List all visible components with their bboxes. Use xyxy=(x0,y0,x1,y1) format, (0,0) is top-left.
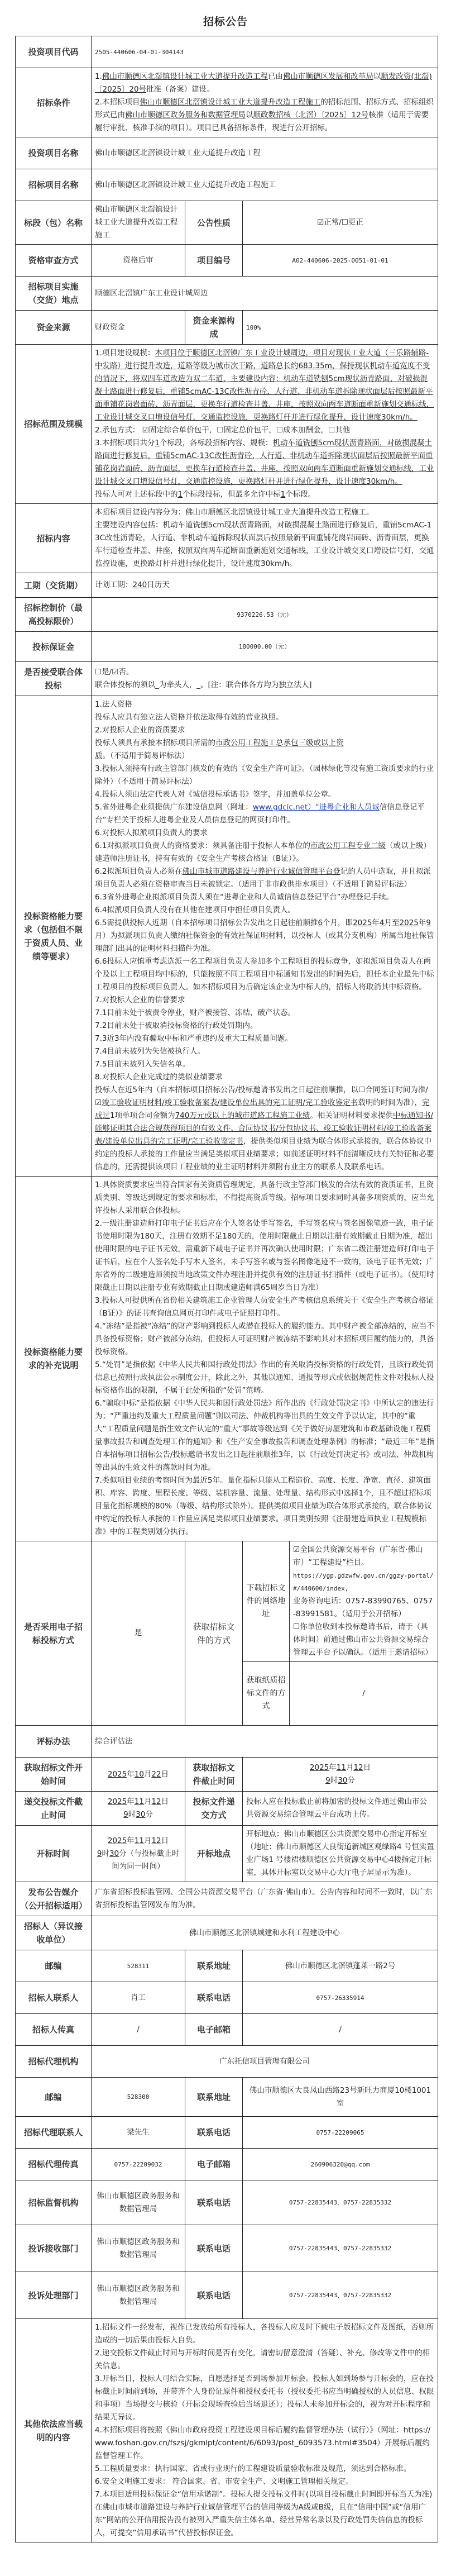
label: 项目编号 xyxy=(185,245,243,277)
label: 发布公告媒介（公开招标适用） xyxy=(16,1882,92,1916)
requirements-value: 1.法人资格 投标人应具有独立法人资格并依法取得有效的营业执照。 2.对投标人企… xyxy=(92,696,438,1177)
row-agency-contact: 招标代理传真 0757-22209032 电子邮箱 260906320@qq.c… xyxy=(16,2149,438,2180)
download-url-link[interactable]: https://ygp.gdzwfw.gov.cn/ggzy-portal/#/… xyxy=(293,1572,434,1592)
obtain-end-value: 2025年11月12日9时30分 xyxy=(243,1758,438,1792)
label: 招标控制价（最高投标限价） xyxy=(16,598,92,632)
label: 联系地址 xyxy=(185,1950,243,1982)
opening-time-value: 2025年11月12日9时30分（与投标截止时间为同一时间） xyxy=(92,1826,185,1882)
label: 招标人联系人 xyxy=(16,1982,92,2014)
row-control-price: 招标控制价（最高投标限价） 9370226.53（元） xyxy=(16,598,438,632)
label: 其他依法应当载明的内容 xyxy=(16,2319,92,2542)
label: 联系电话 xyxy=(185,1982,243,2014)
row-agency-contact: 招标代理联系人 梁先生 联系电话 0757-22209065 xyxy=(16,2117,438,2149)
opening-place-value: 开标地点：佛山市顺德区公共资源交易中心指定开标室（地址：佛山市顺德区大良街道新城… xyxy=(243,1826,438,1882)
value: 260906320@qq.com xyxy=(243,2149,438,2180)
evaluation-value: 综合评估法 xyxy=(92,1726,438,1758)
agency-value: 广东托信项目管理有限公司 xyxy=(92,2046,438,2078)
label: 公告性质 xyxy=(185,201,243,245)
other-value: 1.招标文件一经发布，视作已发放给所有投标人，各投标人应及时下载电子版招标文件及… xyxy=(92,2319,438,2542)
value: 肖工 xyxy=(92,1982,185,2014)
value: 佛山市顺德区政务服务和数据管理局 xyxy=(92,2225,185,2272)
page-title: 招标公告 xyxy=(0,12,451,31)
submit-deadline-value: 2025年11月12日9时30分 xyxy=(92,1792,185,1826)
qualification-value: 资格后审 xyxy=(92,245,185,277)
label: 投资项目代码 xyxy=(16,36,92,68)
row-obtain-time: 获取招标文件开始时间 2025年10月22日 获取招标文件截止时间 2025年1… xyxy=(16,1758,438,1792)
label: 投诉处理部门 xyxy=(16,2272,92,2319)
row-conditions: 招标条件 1.佛山市顺德区北滘镇设计城工业大道提升改造工程已由佛山市顺德区发展和… xyxy=(16,68,438,137)
row-lot: 标段（包）名称 佛山市顺德区北滘镇设计城工业大道提升改造工程施工 公告性质 ☑正… xyxy=(16,201,438,245)
label: 工期（交货期） xyxy=(16,573,92,598)
paper-value: / xyxy=(290,1662,438,1726)
control-price-value: 9370226.53（元） xyxy=(92,598,438,632)
lot-name-value: 佛山市顺德区北滘镇设计城工业大道提升改造工程施工 xyxy=(92,201,185,245)
supplement-value: 1.具体资质要求应当符合国家有关资质管理规定，具备行政主管部门核发的合法有效的资… xyxy=(92,1177,438,1541)
label: 开标时间 xyxy=(16,1826,92,1882)
label: 邮编 xyxy=(16,1950,92,1982)
label: 招标人传真 xyxy=(16,2014,92,2046)
label: 是否采用电子招标投标方式 xyxy=(16,1541,92,1726)
label: 是否接受联合体投标 xyxy=(16,662,92,696)
row-opening: 开标时间 2025年11月12日9时30分（与投标截止时间为同一时间） 开标地点… xyxy=(16,1826,438,1882)
row-evaluation: 评标办法 综合评估法 xyxy=(16,1726,438,1758)
row-submit: 递交投标文件截止时间 2025年11月12日9时30分 投标文件递交方式 投标人… xyxy=(16,1792,438,1826)
row-bid-bond: 投标保证金 180000.00（元） xyxy=(16,632,438,662)
label: 联系地址 xyxy=(185,2078,243,2117)
content-value: 本招标项目建设内容分为：佛山市顺德区北滘镇设计城工业大道提升改造工程施工。 主要… xyxy=(92,504,438,573)
label: 招标内容 xyxy=(16,504,92,573)
label: 招标项目实施（交货）地点 xyxy=(16,277,92,311)
label: 获取招标文件截止时间 xyxy=(185,1758,243,1792)
row-investment-code: 投资项目代码 2505-440606-04-01-304143 xyxy=(16,36,438,68)
download-value: ☑全国公共资源交易平台（广东省·佛山市）“工程建设”栏目。 https://yg… xyxy=(290,1541,438,1662)
label: 招标监督机构 xyxy=(16,2180,92,2225)
value: 0757-22835443、0757-22835332 xyxy=(243,2225,438,2272)
label: 获取纸质招标文件的方式 xyxy=(243,1662,290,1726)
label: 资金来源构成 xyxy=(185,311,243,345)
row-tender-name: 招标项目名称 佛山市顺德区北滘镇设计城工业大道提升改造工程施工 xyxy=(16,169,438,201)
notice-table: 投资项目代码 2505-440606-04-01-304143 招标条件 1.佛… xyxy=(15,36,438,2542)
row-scope: 招标范围及规模 1.项目建设规模：本项目位于顺德区北滘镇广东工业设计城周边，项目… xyxy=(16,345,438,504)
label: 投资项目名称 xyxy=(16,137,92,169)
row-agency-contact: 投诉处理部门 佛山市顺德区政务服务和数据管理局 联系电话 0757-228354… xyxy=(16,2272,438,2319)
label: 联系电话 xyxy=(185,2180,243,2225)
label: 投标资格能力要求的补充说明 xyxy=(16,1177,92,1541)
value: / xyxy=(243,2014,438,2046)
conditions-value: 1.佛山市顺德区北滘镇设计城工业大道提升改造工程已由佛山市顺德区发展和改革局以顺… xyxy=(92,68,438,137)
row-consortium: 是否接受联合体投标 ☐是/☑否。 联合体投标的须以_为牵头人，_。[注：联合体各… xyxy=(16,662,438,696)
label: 获取招标文件开始时间 xyxy=(16,1758,92,1792)
row-tenderer-contact: 招标人传真 / 电子邮箱 / xyxy=(16,2014,438,2046)
label: 下载招标文件的网络地址 xyxy=(243,1541,290,1662)
label: 招标项目名称 xyxy=(16,169,92,201)
row-location: 招标项目实施（交货）地点 顺德区北滘镇广东工业设计城周边 xyxy=(16,277,438,311)
label: 联系电话 xyxy=(185,2225,243,2272)
funding-value: 财政资金 xyxy=(92,311,185,345)
row-other: 其他依法应当载明的内容 1.招标文件一经发布，视作已发放给所有投标人，各投标人应… xyxy=(16,2319,438,2542)
row-electronic: 是否采用电子招标投标方式 是 获取招标文件的方式 下载招标文件的网络地址 ☑全国… xyxy=(16,1541,438,1662)
obtain-start-value: 2025年10月22日 xyxy=(92,1758,185,1792)
value: 0757-22209032 xyxy=(92,2149,185,2180)
row-funding: 资金来源 财政资金 资金来源构成 100% xyxy=(16,311,438,345)
value: 佛山市顺德区大良凤山西路23号新旺力商厦10楼1001室 xyxy=(243,2078,438,2117)
label: 联系电话 xyxy=(185,2117,243,2149)
label: 邮编 xyxy=(16,2078,92,2117)
funding-composition-value: 100% xyxy=(243,311,438,345)
value: 佛山市顺德区政务服务和数据管理局 xyxy=(92,2180,185,2225)
value: 0757-22835443、0757-22835332 xyxy=(243,2272,438,2319)
label: 递交投标文件截止时间 xyxy=(16,1792,92,1826)
investment-code-value: 2505-440606-04-01-304143 xyxy=(92,36,438,68)
value: 528311 xyxy=(92,1950,185,1982)
gdcic-link[interactable]: www.gdcic.net）“进粤企业和人员诚 xyxy=(253,803,380,812)
label: 招标范围及规模 xyxy=(16,345,92,504)
duration-value: 计划工期：240日历天 xyxy=(92,573,438,598)
row-investment-name: 投资项目名称 佛山市顺德区北滘镇设计城工业大道提升改造工程 xyxy=(16,137,438,169)
submit-method-value: 投标人应在投标截止前将加密的投标文件通过佛山市公共资源交易综合管理云平台成功上传… xyxy=(243,1792,438,1826)
label: 开标地点 xyxy=(185,1826,243,1882)
value: 0757-22209065 xyxy=(243,2117,438,2149)
label: 电子邮箱 xyxy=(185,2149,243,2180)
row-duration: 工期（交货期） 计划工期：240日历天 xyxy=(16,573,438,598)
label: 资格审查方式 xyxy=(16,245,92,277)
value: 梁先生 xyxy=(92,2117,185,2149)
row-content: 招标内容 本招标项目建设内容分为：佛山市顺德区北滘镇设计城工业大道提升改造工程施… xyxy=(16,504,438,573)
label: 评标办法 xyxy=(16,1726,92,1758)
value: 佛山市顺德区政务服务和数据管理局 xyxy=(92,2272,185,2319)
row-media: 发布公告媒介（公开招标适用） 广东省招标投标监管网、全国公共资源交易平台（广东省… xyxy=(16,1882,438,1916)
electronic-value: 是 xyxy=(92,1541,185,1726)
label: 招标代理联系人 xyxy=(16,2117,92,2149)
label: 招标代理机构 xyxy=(16,2046,92,2078)
label: 资金来源 xyxy=(16,311,92,345)
row-tenderer-contact: 邮编 528311 联系地址 佛山市顺德区北滘镇蓬莱一路2号 xyxy=(16,1950,438,1982)
consortium-value: ☐是/☑否。 联合体投标的须以_为牵头人，_。[注：联合体各方均为独立法人] xyxy=(92,662,438,696)
row-tenderer: 招标人（异议接收单位） 佛山市顺德区北滘镇城建和水利工程建设中心 xyxy=(16,1916,438,1950)
media-value: 广东省招标投标监管网、全国公共资源交易平台（广东省·佛山市）。公告内容和时间不一… xyxy=(92,1882,438,1916)
label: 招标人（异议接收单位） xyxy=(16,1916,92,1950)
label: 电子邮箱 xyxy=(185,2014,243,2046)
label: 投标保证金 xyxy=(16,632,92,662)
label: 招标代理传真 xyxy=(16,2149,92,2180)
label: 联系电话 xyxy=(185,2272,243,2319)
notice-nature-value: ☑正常/☐更正 xyxy=(243,201,438,245)
label: 投标资格能力要求（包括但不限于资质人员、业绩等要求） xyxy=(16,696,92,1177)
value: 0757-22835443，0757-22835332 xyxy=(243,2180,438,2225)
label: 投诉接收部门 xyxy=(16,2225,92,2272)
label: 标段（包）名称 xyxy=(16,201,92,245)
scope-value: 1.项目建设规模：本项目位于顺德区北滘镇广东工业设计城周边，项目对现状工业大道（… xyxy=(92,345,438,504)
value: / xyxy=(92,2014,185,2046)
row-agency-contact: 招标监督机构 佛山市顺德区政务服务和数据管理局 联系电话 0757-228354… xyxy=(16,2180,438,2225)
row-requirements: 投标资格能力要求（包括但不限于资质人员、业绩等要求） 1.法人资格 投标人应具有… xyxy=(16,696,438,1177)
row-qualification: 资格审查方式 资格后审 项目编号 A02-440606-2025-0051-01… xyxy=(16,245,438,277)
tenderer-value: 佛山市顺德区北滘镇城建和水利工程建设中心 xyxy=(92,1916,438,1950)
tender-name-value: 佛山市顺德区北滘镇设计城工业大道提升改造工程施工 xyxy=(92,169,438,201)
label: 投标文件递交方式 xyxy=(185,1792,243,1826)
value: 佛山市顺德区北滘镇蓬莱一路2号 xyxy=(243,1950,438,1982)
label: 招标条件 xyxy=(16,68,92,137)
location-value: 顺德区北滘镇广东工业设计城周边 xyxy=(92,277,438,311)
investment-name-value: 佛山市顺德区北滘镇设计城工业大道提升改造工程 xyxy=(92,137,438,169)
bid-bond-value: 180000.00（元） xyxy=(92,632,438,662)
notice-page: 招标公告 投资项目代码 2505-440606-04-01-304143 招标条… xyxy=(0,0,451,2576)
row-agency: 招标代理机构 广东托信项目管理有限公司 xyxy=(16,2046,438,2078)
label: 获取招标文件的方式 xyxy=(185,1541,243,1726)
row-agency-contact: 邮编 528300 联系地址 佛山市顺德区大良凤山西路23号新旺力商厦10楼10… xyxy=(16,2078,438,2117)
row-supplement: 投标资格能力要求的补充说明 1.具体资质要求应当符合国家有关资质管理规定，具备行… xyxy=(16,1177,438,1541)
project-code-value: A02-440606-2025-0051-01-01 xyxy=(243,245,438,277)
row-tenderer-contact: 招标人联系人 肖工 联系电话 0757-26335914 xyxy=(16,1982,438,2014)
value: 528300 xyxy=(92,2078,185,2117)
row-agency-contact: 投诉接收部门 佛山市顺德区政务服务和数据管理局 联系电话 0757-228354… xyxy=(16,2225,438,2272)
value: 0757-26335914 xyxy=(243,1982,438,2014)
